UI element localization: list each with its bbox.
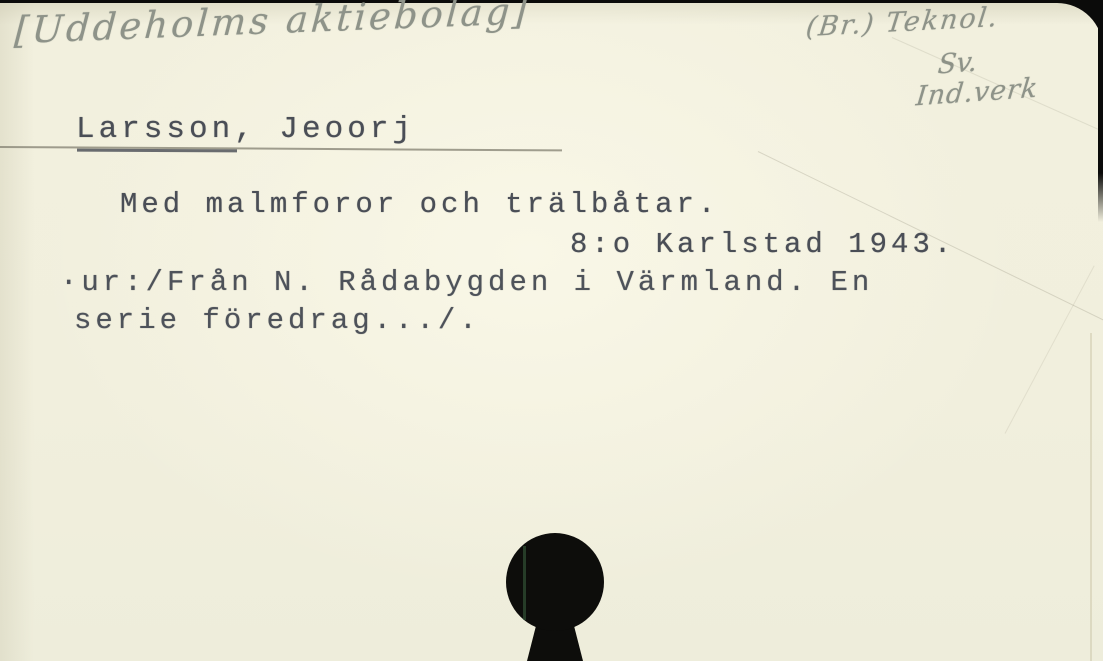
- source-note-line-1: ·ur:/Från N. Rådabygden i Värmland. En: [60, 268, 873, 297]
- handwritten-classification-line-1: (Br.) Teknol.: [804, 2, 1001, 43]
- handwritten-annotation-top-left: [Uddeholms aktiebolag]: [13, 0, 531, 52]
- scan-edge-right: [1098, 0, 1103, 222]
- heading-underline: [77, 149, 237, 153]
- handwritten-classification-line-2: Sv.: [936, 46, 978, 80]
- catalog-card: [Uddeholms aktiebolag] (Br.) Teknol. Sv.…: [0, 3, 1103, 661]
- imprint-line: 8:o Karlstad 1943.: [570, 230, 955, 259]
- title-line: Med malmforor och trälbåtar.: [120, 190, 719, 219]
- paper-crease: [1005, 266, 1095, 434]
- scanned-catalog-card-page: [Uddeholms aktiebolag] (Br.) Teknol. Sv.…: [0, 0, 1103, 661]
- handwritten-classification-line-3: Ind.verk: [915, 73, 1040, 113]
- source-note-line-2: serie föredrag.../.: [74, 306, 481, 335]
- author-heading: Larsson, Jeoorj: [76, 114, 415, 145]
- card-behind-edge: [1090, 333, 1092, 661]
